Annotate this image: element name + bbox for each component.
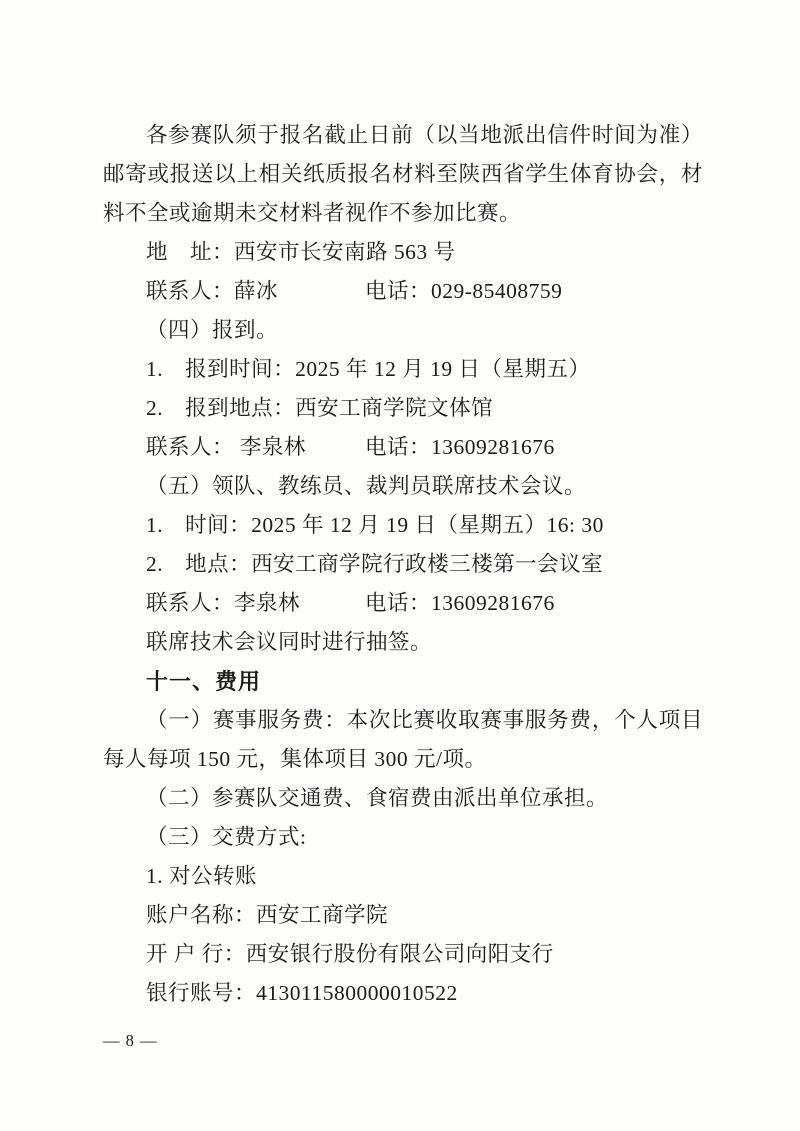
- contact-line-liquanlin-2: 联系人：李泉林 电话：13609281676: [103, 584, 703, 623]
- contact-person-label: 联系人： 李泉林: [146, 428, 365, 467]
- paragraph-checkin-place: 2. 报到地点：西安工商学院文体馆: [103, 389, 703, 428]
- paragraph-account-name: 账户名称：西安工商学院: [103, 896, 703, 935]
- section-5-title: （五）领队、教练员、裁判员联席技术会议。: [103, 467, 703, 506]
- page-number: — 8 —: [103, 1030, 158, 1052]
- contact-phone-label: 电话：13609281676: [365, 584, 555, 623]
- paragraph-draw-note: 联席技术会议同时进行抽签。: [103, 623, 703, 662]
- section-4-title: （四）报到。: [103, 311, 703, 350]
- paragraph-transfer-type: 1. 对公转账: [103, 857, 703, 896]
- paragraph-address: 地 址：西安市长安南路 563 号: [103, 233, 703, 272]
- paragraph-checkin-time: 1. 报到时间：2025 年 12 月 19 日（星期五）: [103, 350, 703, 389]
- contact-phone-label: 电话：13609281676: [365, 428, 555, 467]
- contact-line-xuebing: 联系人：薛冰 电话：029-85408759: [103, 272, 703, 311]
- contact-phone-label: 电话：029-85408759: [365, 272, 562, 311]
- section-11-heading: 十一、费用: [103, 662, 703, 701]
- contact-line-liquanlin-1: 联系人： 李泉林 电话：13609281676: [103, 428, 703, 467]
- paragraph-meeting-place: 2. 地点：西安工商学院行政楼三楼第一会议室: [103, 545, 703, 584]
- paragraph-fee-service: （一）赛事服务费：本次比赛收取赛事服务费，个人项目每人每项 150 元，集体项目…: [103, 701, 703, 779]
- document-page: 各参赛队须于报名截止日前（以当地派出信件时间为准）邮寄或报送以上相关纸质报名材料…: [0, 0, 800, 1131]
- document-body: 各参赛队须于报名截止日前（以当地派出信件时间为准）邮寄或报送以上相关纸质报名材料…: [103, 116, 703, 1013]
- paragraph-meeting-time: 1. 时间：2025 年 12 月 19 日（星期五）16: 30: [103, 506, 703, 545]
- paragraph-bank-branch: 开 户 行：西安银行股份有限公司向阳支行: [103, 935, 703, 974]
- paragraph-mailing-notice: 各参赛队须于报名截止日前（以当地派出信件时间为准）邮寄或报送以上相关纸质报名材料…: [103, 116, 703, 233]
- paragraph-bank-account-number: 银行账号：413011580000010522: [103, 974, 703, 1013]
- contact-person-label: 联系人：李泉林: [146, 584, 365, 623]
- paragraph-fee-payment-method: （三）交费方式:: [103, 818, 703, 857]
- paragraph-fee-transport: （二）参赛队交通费、食宿费由派出单位承担。: [103, 779, 703, 818]
- contact-person-label: 联系人：薛冰: [146, 272, 365, 311]
